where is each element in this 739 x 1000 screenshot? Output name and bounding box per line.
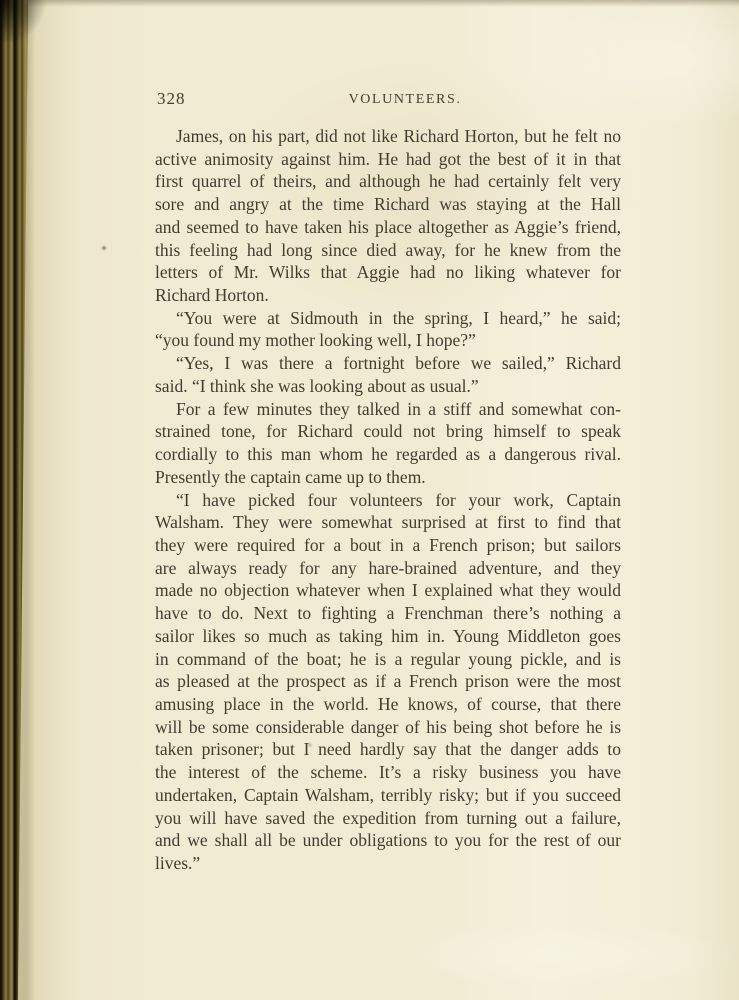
binding-corner-shadow bbox=[0, 0, 46, 42]
text-line: first quarrel of theirs, and although he… bbox=[155, 170, 621, 193]
text-line: Presently the captain came up to them. bbox=[155, 466, 621, 489]
text-line: “Yes, I was there a fortnight before we … bbox=[155, 352, 621, 375]
book-binding-edge bbox=[0, 0, 28, 1000]
text-line: “You were at Sidmouth in the spring, I h… bbox=[155, 307, 621, 330]
paragraph: “Yes, I was there a fortnight before we … bbox=[155, 352, 621, 397]
text-line: undertaken, Captain Walsham, terribly ri… bbox=[155, 784, 621, 807]
text-line: lives.” bbox=[155, 852, 621, 875]
paragraph: James, on his part, did not like Richard… bbox=[155, 125, 621, 307]
text-line: Richard Horton. bbox=[155, 284, 621, 307]
text-line: you will have saved the expedition from … bbox=[155, 807, 621, 830]
running-head: 328 VOLUNTEERS. bbox=[155, 89, 621, 111]
paragraph: “I have picked four volunteers for your … bbox=[155, 489, 621, 875]
scanned-book-page: 328 VOLUNTEERS. James, on his part, did … bbox=[0, 0, 739, 1000]
text-line: sailor likes so much as taking him in. Y… bbox=[155, 625, 621, 648]
text-line: “you found my mother looking well, I hop… bbox=[155, 329, 621, 352]
text-line: strained tone, for Richard could not bri… bbox=[155, 420, 621, 443]
text-line: will be some considerable danger of his … bbox=[155, 716, 621, 739]
text-line: the interest of the scheme. It’s a risky… bbox=[155, 761, 621, 784]
text-line: active animosity against him. He had got… bbox=[155, 148, 621, 171]
text-line: said. “I think she was looking about as … bbox=[155, 375, 621, 398]
text-line: Walsham. They were somewhat surprised at… bbox=[155, 511, 621, 534]
text-line: cordially to this man whom he regarded a… bbox=[155, 443, 621, 466]
text-line: are always ready for any hare-brained ad… bbox=[155, 557, 621, 580]
text-line: have to do. Next to fighting a Frenchman… bbox=[155, 602, 621, 625]
text-line: taken prisoner; but I need hardly say th… bbox=[155, 738, 621, 761]
paragraph: For a few minutes they talked in a stiff… bbox=[155, 398, 621, 489]
text-line: James, on his part, did not like Richard… bbox=[155, 125, 621, 148]
text-line: and seemed to have taken his place altog… bbox=[155, 216, 621, 239]
text-line: as pleased at the prospect as if a Frenc… bbox=[155, 670, 621, 693]
text-line: this feeling had long since died away, f… bbox=[155, 239, 621, 262]
text-line: “I have picked four volunteers for your … bbox=[155, 489, 621, 512]
text-line: and we shall all be under obligations to… bbox=[155, 829, 621, 852]
text-line: For a few minutes they talked in a stiff… bbox=[155, 398, 621, 421]
text-line: amusing place in the world. He knows, of… bbox=[155, 693, 621, 716]
running-title: VOLUNTEERS. bbox=[155, 92, 621, 108]
text-line: sore and angry at the time Richard was s… bbox=[155, 193, 621, 216]
text-line: they were required for a bout in a Frenc… bbox=[155, 534, 621, 557]
text-line: made no objection whatever when I explai… bbox=[155, 579, 621, 602]
text-line: in command of the boat; he is a regular … bbox=[155, 648, 621, 671]
page-body-text: James, on his part, did not like Richard… bbox=[155, 125, 621, 875]
paragraph: “You were at Sidmouth in the spring, I h… bbox=[155, 307, 621, 352]
text-line: letters of Mr. Wilks that Aggie had no l… bbox=[155, 261, 621, 284]
